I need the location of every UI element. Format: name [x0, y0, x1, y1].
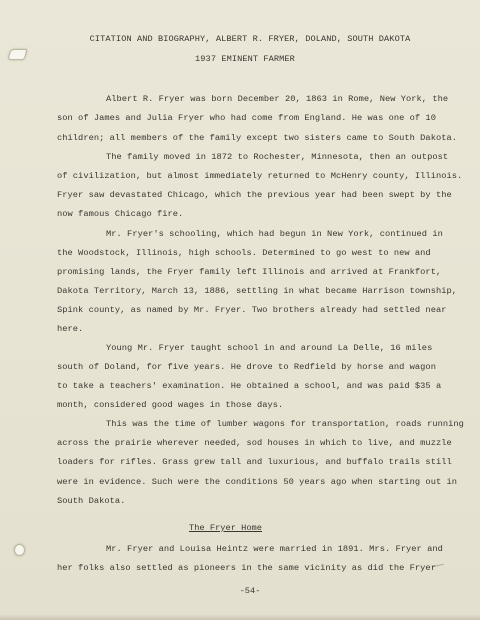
- body-line: promising lands, the Fryer family left I…: [57, 267, 441, 277]
- body-line: son of James and Julia Fryer who had com…: [57, 113, 436, 123]
- body-line: month, considered good wages in those da…: [57, 400, 283, 410]
- section-heading: The Fryer Home: [189, 523, 262, 533]
- body-line: This was the time of lumber wagons for t…: [106, 419, 464, 429]
- punch-hole-bottom: [14, 544, 25, 556]
- body-line: Mr. Fryer and Louisa Heintz were married…: [106, 544, 443, 554]
- body-line: her folks also settled as pioneers in th…: [57, 563, 436, 573]
- body-line: Mr. Fryer's schooling, which had begun i…: [106, 229, 443, 239]
- body-line: Albert R. Fryer was born December 20, 18…: [106, 94, 448, 104]
- body-line: children; all members of the family exce…: [57, 133, 457, 143]
- document-title: CITATION AND BIOGRAPHY, ALBERT R. FRYER,…: [0, 34, 480, 44]
- body-line: the Woodstock, Illinois, high schools. D…: [57, 248, 431, 258]
- body-line: south of Doland, for five years. He drov…: [57, 362, 436, 372]
- body-line: loaders for rifles. Grass grew tall and …: [57, 457, 452, 467]
- body-line: Dakota Territory, March 13, 1886, settli…: [57, 286, 457, 296]
- body-line: across the prairie wherever needed, sod …: [57, 438, 452, 448]
- body-line: here.: [57, 324, 83, 334]
- body-line: Fryer saw devastated Chicago, which the …: [57, 190, 452, 200]
- body-line: were in evidence. Such were the conditio…: [57, 477, 457, 487]
- body-line: South Dakota.: [57, 496, 125, 506]
- page-number: -54-: [0, 586, 480, 596]
- body-line: Young Mr. Fryer taught school in and aro…: [106, 343, 432, 353]
- body-line: Spink county, as named by Mr. Fryer. Two…: [57, 305, 447, 315]
- document-page: CITATION AND BIOGRAPHY, ALBERT R. FRYER,…: [0, 0, 480, 620]
- body-line: now famous Chicago fire.: [57, 209, 183, 219]
- document-subtitle: 1937 EMINENT FARMER: [0, 54, 480, 64]
- body-line: to take a teachers' examination. He obta…: [57, 381, 441, 391]
- body-line: The family moved in 1872 to Rochester, M…: [106, 152, 448, 162]
- body-line: of civilization, but almost immediately …: [57, 171, 462, 181]
